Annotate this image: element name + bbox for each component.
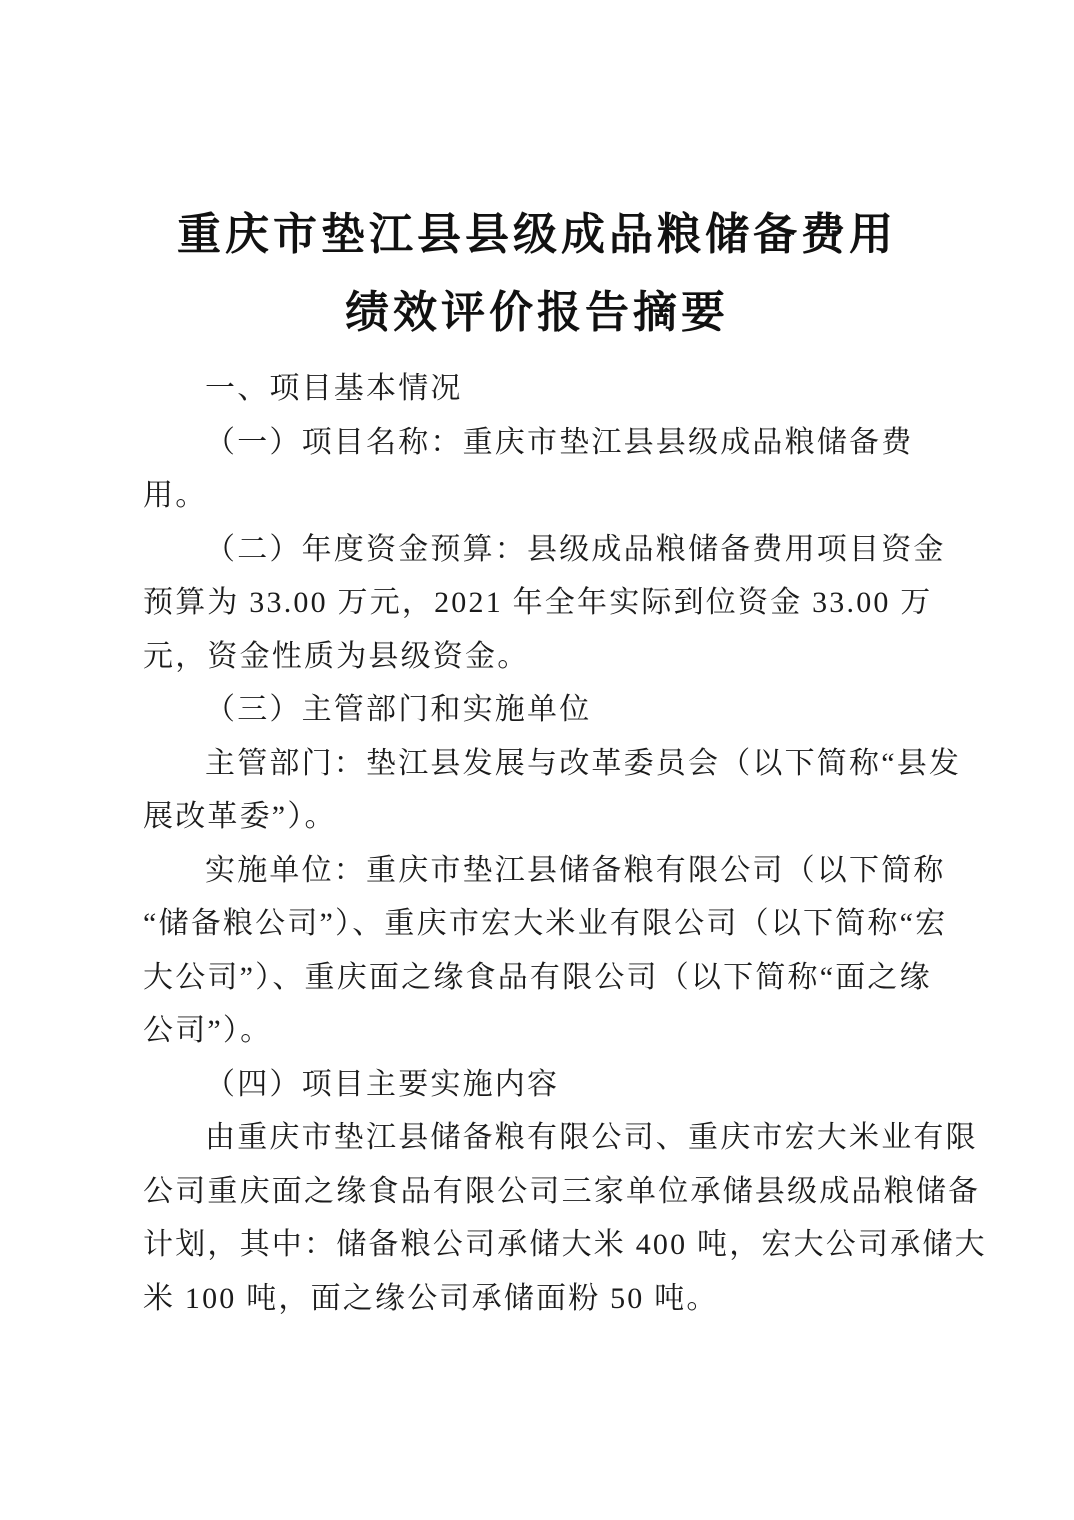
body-line: （三）主管部门和实施单位 — [143, 683, 933, 737]
body-line: 米 100 吨，面之缘公司承储面粉 50 吨。 — [143, 1272, 933, 1326]
body-line: （一）项目名称：重庆市垫江县县级成品粮储备费 — [143, 416, 933, 470]
document-title-line-2: 绩效评价报告摘要 — [0, 274, 1074, 352]
body-line: （四）项目主要实施内容 — [143, 1058, 933, 1112]
document-page: 重庆市垫江县县级成品粮储备费用 绩效评价报告摘要 一、项目基本情况 （一）项目名… — [0, 0, 1074, 1520]
body-line: 由重庆市垫江县储备粮有限公司、重庆市宏大米业有限 — [143, 1111, 933, 1165]
body-line: 公司”）。 — [143, 1004, 933, 1058]
body-line: 大公司”）、重庆面之缘食品有限公司（以下简称“面之缘 — [143, 951, 933, 1005]
document-body: 一、项目基本情况 （一）项目名称：重庆市垫江县县级成品粮储备费 用。 （二）年度… — [143, 362, 933, 1325]
body-line: 用。 — [143, 469, 933, 523]
body-line: 一、项目基本情况 — [143, 362, 933, 416]
body-line: 计划，其中：储备粮公司承储大米 400 吨，宏大公司承储大 — [143, 1218, 933, 1272]
body-line: 元，资金性质为县级资金。 — [143, 630, 933, 684]
body-line: （二）年度资金预算：县级成品粮储备费用项目资金 — [143, 523, 933, 577]
body-line: 预算为 33.00 万元，2021 年全年实际到位资金 33.00 万 — [143, 576, 933, 630]
body-line: “储备粮公司”）、重庆市宏大米业有限公司（以下简称“宏 — [143, 897, 933, 951]
body-line: 主管部门：垫江县发展与改革委员会（以下简称“县发 — [143, 737, 933, 791]
document-title: 重庆市垫江县县级成品粮储备费用 绩效评价报告摘要 — [0, 196, 1074, 352]
body-line: 实施单位：重庆市垫江县储备粮有限公司（以下简称 — [143, 844, 933, 898]
body-line: 公司重庆面之缘食品有限公司三家单位承储县级成品粮储备 — [143, 1165, 933, 1219]
body-line: 展改革委”）。 — [143, 790, 933, 844]
document-title-line-1: 重庆市垫江县县级成品粮储备费用 — [0, 196, 1074, 274]
